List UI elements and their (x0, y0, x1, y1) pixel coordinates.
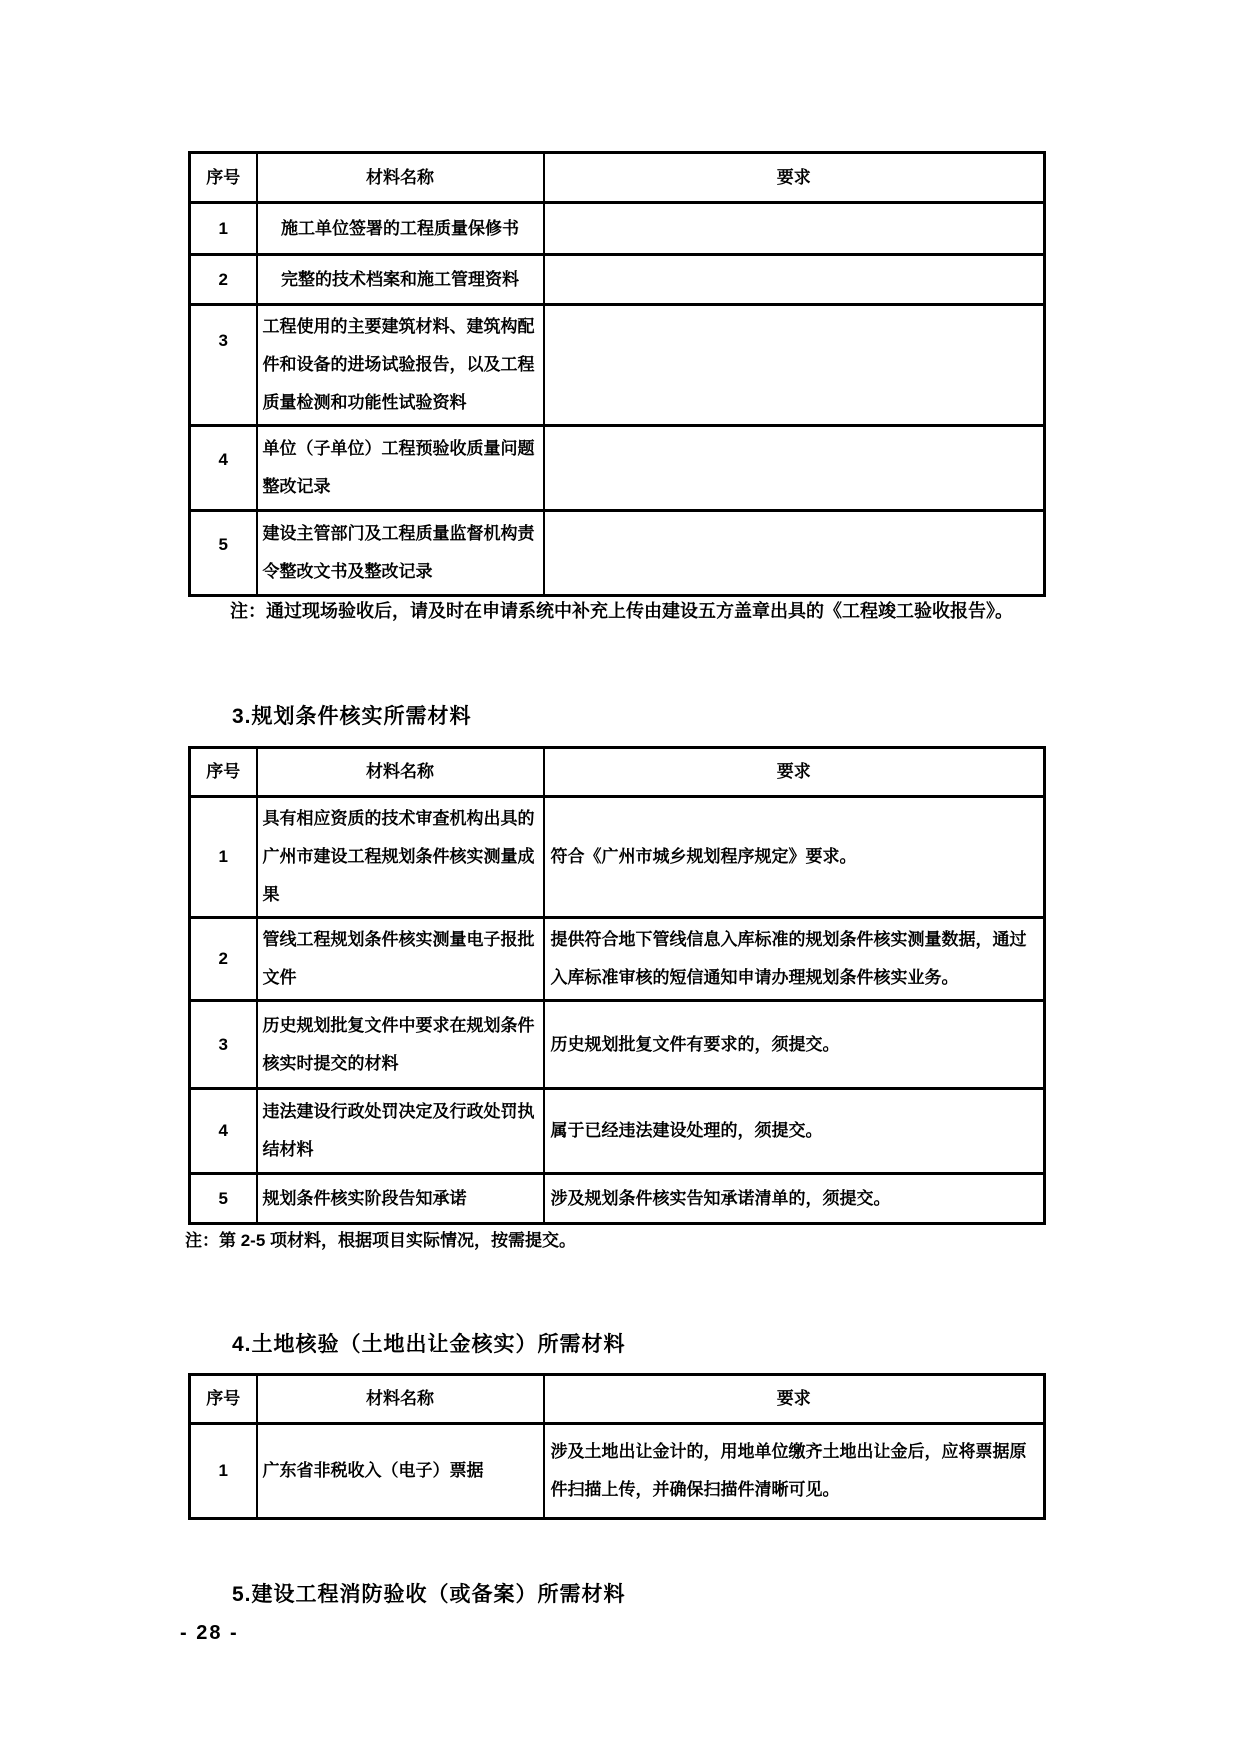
column-header-req: 要求 (544, 153, 1045, 203)
section-heading-planning-verification: 3.规划条件核实所需材料 (232, 700, 472, 730)
column-header-name: 材料名称 (257, 748, 544, 797)
material-name: 具有相应资质的技术审查机构出具的广州市建设工程规划条件核实测量成果 (257, 797, 544, 918)
row-no: 1 (190, 1424, 257, 1519)
material-name: 广东省非税收入（电子）票据 (257, 1424, 544, 1519)
table-row: 5 建设主管部门及工程质量监督机构责令整改文书及整改记录 (190, 511, 1045, 596)
table-row: 4 违法建设行政处罚决定及行政处罚执结材料 属于已经违法建设处理的，须提交。 (190, 1089, 1045, 1174)
table-row: 2 完整的技术档案和施工管理资料 (190, 255, 1045, 305)
column-header-name: 材料名称 (257, 153, 544, 203)
note-completion-acceptance: 注：通过现场验收后，请及时在申请系统中补充上传由建设五方盖章出具的《工程竣工验收… (230, 598, 1013, 624)
document-page: 序号 材料名称 要求 1 施工单位签署的工程质量保修书 2 完整的技术档案和施工… (0, 0, 1240, 1754)
table-row: 3 历史规划批复文件中要求在规划条件核实时提交的材料 历史规划批复文件有要求的，… (190, 1001, 1045, 1089)
material-name: 完整的技术档案和施工管理资料 (257, 255, 544, 305)
column-header-no: 序号 (190, 748, 257, 797)
row-no: 2 (190, 255, 257, 305)
material-requirement (544, 203, 1045, 255)
table-header-row: 序号 材料名称 要求 (190, 153, 1045, 203)
row-no: 3 (190, 305, 257, 426)
material-requirement: 属于已经违法建设处理的，须提交。 (544, 1089, 1045, 1174)
row-no: 4 (190, 1089, 257, 1174)
column-header-req: 要求 (544, 1375, 1045, 1424)
table-row: 4 单位（子单位）工程预验收质量问题整改记录 (190, 426, 1045, 511)
materials-table-land-verification: 序号 材料名称 要求 1 广东省非税收入（电子）票据 涉及土地出让金计的，用地单… (188, 1373, 1046, 1520)
material-requirement: 历史规划批复文件有要求的，须提交。 (544, 1001, 1045, 1089)
table-row: 5 规划条件核实阶段告知承诺 涉及规划条件核实告知承诺清单的，须提交。 (190, 1174, 1045, 1224)
column-header-name: 材料名称 (257, 1375, 544, 1424)
materials-table-completion-acceptance: 序号 材料名称 要求 1 施工单位签署的工程质量保修书 2 完整的技术档案和施工… (188, 151, 1046, 597)
material-name: 施工单位签署的工程质量保修书 (257, 203, 544, 255)
section-heading-fire-acceptance: 5.建设工程消防验收（或备案）所需材料 (232, 1578, 626, 1608)
table-row: 2 管线工程规划条件核实测量电子报批文件 提供符合地下管线信息入库标准的规划条件… (190, 918, 1045, 1001)
table-header-row: 序号 材料名称 要求 (190, 748, 1045, 797)
material-name: 工程使用的主要建筑材料、建筑构配件和设备的进场试验报告，以及工程质量检测和功能性… (257, 305, 544, 426)
column-header-req: 要求 (544, 748, 1045, 797)
note-planning-verification: 注：第 2-5 项材料，根据项目实际情况，按需提交。 (185, 1228, 576, 1254)
material-requirement (544, 511, 1045, 596)
material-requirement: 提供符合地下管线信息入库标准的规划条件核实测量数据，通过入库标准审核的短信通知申… (544, 918, 1045, 1001)
material-requirement (544, 426, 1045, 511)
row-no: 1 (190, 797, 257, 918)
material-name: 规划条件核实阶段告知承诺 (257, 1174, 544, 1224)
row-no: 2 (190, 918, 257, 1001)
column-header-no: 序号 (190, 1375, 257, 1424)
row-no: 1 (190, 203, 257, 255)
material-name: 违法建设行政处罚决定及行政处罚执结材料 (257, 1089, 544, 1174)
table-row: 1 具有相应资质的技术审查机构出具的广州市建设工程规划条件核实测量成果 符合《广… (190, 797, 1045, 918)
row-no: 4 (190, 426, 257, 511)
material-name: 历史规划批复文件中要求在规划条件核实时提交的材料 (257, 1001, 544, 1089)
material-requirement: 涉及规划条件核实告知承诺清单的，须提交。 (544, 1174, 1045, 1224)
material-requirement (544, 305, 1045, 426)
material-requirement: 符合《广州市城乡规划程序规定》要求。 (544, 797, 1045, 918)
row-no: 5 (190, 1174, 257, 1224)
material-name: 单位（子单位）工程预验收质量问题整改记录 (257, 426, 544, 511)
table-row: 3 工程使用的主要建筑材料、建筑构配件和设备的进场试验报告，以及工程质量检测和功… (190, 305, 1045, 426)
material-requirement: 涉及土地出让金计的，用地单位缴齐土地出让金后，应将票据原件扫描上传，并确保扫描件… (544, 1424, 1045, 1519)
column-header-no: 序号 (190, 153, 257, 203)
material-name: 管线工程规划条件核实测量电子报批文件 (257, 918, 544, 1001)
row-no: 5 (190, 511, 257, 596)
material-name: 建设主管部门及工程质量监督机构责令整改文书及整改记录 (257, 511, 544, 596)
section-heading-land-verification: 4.土地核验（土地出让金核实）所需材料 (232, 1328, 626, 1358)
table-header-row: 序号 材料名称 要求 (190, 1375, 1045, 1424)
material-requirement (544, 255, 1045, 305)
materials-table-planning-verification: 序号 材料名称 要求 1 具有相应资质的技术审查机构出具的广州市建设工程规划条件… (188, 746, 1046, 1225)
row-no: 3 (190, 1001, 257, 1089)
table-row: 1 施工单位签署的工程质量保修书 (190, 203, 1045, 255)
page-number: - 28 - (180, 1622, 239, 1645)
table-row: 1 广东省非税收入（电子）票据 涉及土地出让金计的，用地单位缴齐土地出让金后，应… (190, 1424, 1045, 1519)
